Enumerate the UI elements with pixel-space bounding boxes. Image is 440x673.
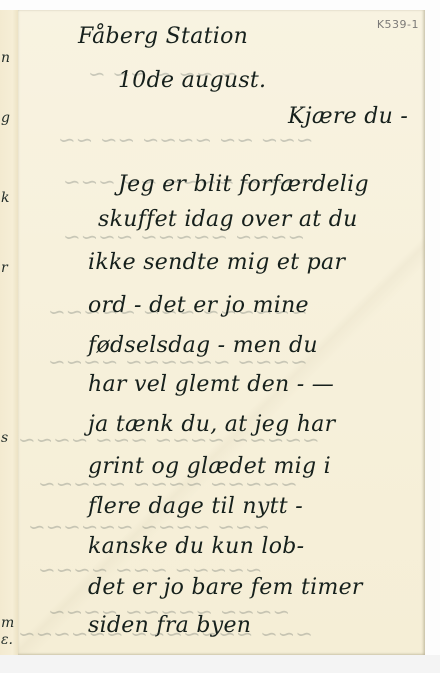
letter-scan: n g k r s m ɛ. K539-1 ~ ~~ ~ ~~ ~ ~~~ ~~…	[0, 0, 440, 673]
letter-line: kanske du kun lob-	[88, 534, 304, 559]
letter-line: ja tænk du, at jeg har	[88, 412, 335, 437]
letter-place: Fåberg Station	[78, 24, 248, 49]
left-page-fragment: n	[1, 50, 10, 66]
left-page-fragment: s	[1, 430, 8, 446]
letter-page: K539-1 ~ ~~ ~ ~~ ~ ~~~ ~~ ~~~~ ~~ ~~ ~~~…	[18, 10, 425, 655]
letter-line: grint og glædet mig i	[88, 454, 331, 479]
bleed-through-ink: ~~~ ~~ ~~~~ ~~ ~~	[58, 128, 313, 152]
letter-line: ord - det er jo mine	[88, 293, 309, 318]
letter-line: skuffet idag over at du	[98, 207, 358, 232]
letter-line: flere dage til nytt -	[88, 494, 303, 519]
letter-date: 10de august.	[118, 68, 266, 93]
left-page-fragment: m	[1, 615, 14, 631]
left-page-fragment: k	[1, 190, 9, 206]
catalog-stamp: K539-1	[377, 18, 419, 31]
letter-line: ikke sendte mig et par	[88, 250, 345, 275]
letter-line: fødselsdag - men du	[88, 333, 318, 358]
adjacent-page-strip: n g k r s m ɛ.	[0, 10, 18, 655]
left-page-fragment: ɛ.	[1, 632, 13, 648]
letter-line: siden fra byen	[88, 613, 251, 638]
left-page-fragment: r	[1, 260, 8, 276]
scan-bottom-margin	[0, 655, 440, 673]
letter-line: har vel glemt den - —	[88, 372, 334, 397]
left-page-fragment: g	[1, 110, 10, 126]
letter-line: Jeg er blit forfærdelig	[118, 172, 369, 197]
letter-line: det er jo bare fem timer	[88, 575, 363, 600]
letter-salutation: Kjære du -	[288, 104, 408, 129]
